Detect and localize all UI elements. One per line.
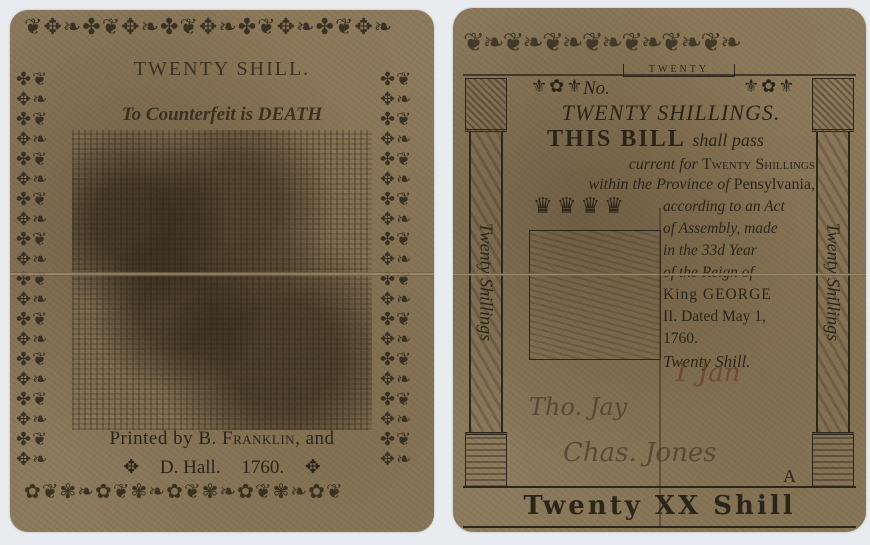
body-line-1: current for Twenty Shillings — [515, 156, 815, 174]
signature: Chas. Jones — [563, 438, 717, 468]
column-base — [465, 432, 507, 488]
nature-print-inset — [529, 230, 661, 360]
body-line-caps: Pensylvania, — [734, 176, 815, 193]
series-letter: A — [783, 466, 796, 487]
column-text: Twenty Shillings — [823, 223, 844, 341]
fleuron-icon: ⚜✿⚜ — [531, 76, 584, 97]
banknote-face: ❦❧❦❧❦❧❦❧❦❧❦❧❦❧ TWENTY Twenty Shillings T… — [453, 8, 866, 532]
fold-crease — [659, 208, 661, 528]
column-text: Twenty Shillings — [476, 223, 497, 341]
handwritten-date: 1 Jan — [673, 358, 740, 388]
column-left: Twenty Shillings — [465, 78, 507, 488]
co-printer-name: D. Hall. — [160, 457, 221, 478]
top-band-label: TWENTY — [623, 64, 735, 77]
counterfeit-warning: To Counterfeit is DEATH — [10, 104, 434, 126]
crown-ornament-icon: ✥ — [305, 457, 321, 478]
ornament-border-left: ✤❦✥❧✤❦✥❧✤❦✥❧✤❦✥❧✤❦✥❧✤❦✥❧✤❦✥❧✤❦✥❧✤❦✥❧✤❦✥❧ — [16, 70, 64, 470]
act-line: in the 33d Year — [663, 242, 823, 260]
body-line-caps: Twenty Shillings — [702, 156, 815, 173]
body-line-italic: current for — [629, 156, 698, 173]
signature: Tho. Jay — [529, 393, 627, 421]
act-line: King GEORGE — [663, 286, 823, 304]
crown-icons: ♛♛♛♛ — [533, 194, 628, 219]
body-line-2: within the Province of Pensylvania, — [515, 176, 815, 194]
act-line: according to an Act — [663, 198, 823, 216]
denomination-title: TWENTY SHILL. — [10, 58, 434, 81]
fleuron-icon: ⚜✿⚜ — [743, 76, 796, 97]
ornament-border-bottom: ✿❦✾❧✿❦✾❧✿❦✾❧✿❦✾❧✿❦ — [24, 480, 420, 526]
bill-statement-bold: THIS BILL — [547, 126, 684, 152]
print-year: 1760. — [241, 457, 284, 478]
year-line: 1760. — [663, 330, 823, 348]
bill-statement: THIS BILL shall pass — [547, 126, 764, 153]
denomination-heading: TWENTY SHILLINGS. — [521, 100, 821, 126]
act-line: of Assembly, made — [663, 220, 823, 238]
serial-number-label: No. — [583, 78, 610, 100]
date-line: II. Dated May 1, — [663, 308, 823, 326]
column-capital — [465, 78, 507, 132]
body-line-italic: within the Province of — [589, 176, 730, 193]
banknote-back: ❦✥❧✤❦✥❧✤❦✥❧✤❦✥❧✤❦✥❧ ✤❦✥❧✤❦✥❧✤❦✥❧✤❦✥❧✤❦✥❧… — [10, 10, 434, 532]
ornament-border-right: ✤❦✥❧✤❦✥❧✤❦✥❧✤❦✥❧✤❦✥❧✤❦✥❧✤❦✥❧✤❦✥❧✤❦✥❧✤❦✥❧ — [380, 70, 428, 470]
printer-suffix: and — [306, 428, 335, 449]
nature-print-leaf-pattern — [72, 130, 372, 430]
column-shaft: Twenty Shillings — [816, 132, 850, 432]
printer-initial: B. — [198, 428, 216, 449]
crown-ornament-icon: ✥ — [123, 457, 139, 478]
column-base — [812, 432, 854, 488]
denomination-band-bottom: Twenty XX Shill — [463, 486, 856, 528]
bill-statement-italic: shall pass — [692, 130, 764, 150]
printer-prefix: Printed by — [109, 428, 193, 449]
co-printer-line: ✥ D. Hall. 1760. ✥ — [10, 456, 434, 479]
column-shaft: Twenty Shillings — [469, 132, 503, 432]
column-right: Twenty Shillings — [812, 78, 854, 488]
printer-line: Printed by B. Franklin, and — [10, 428, 434, 450]
printer-name: Franklin, — [222, 428, 300, 449]
fold-crease — [10, 272, 434, 276]
